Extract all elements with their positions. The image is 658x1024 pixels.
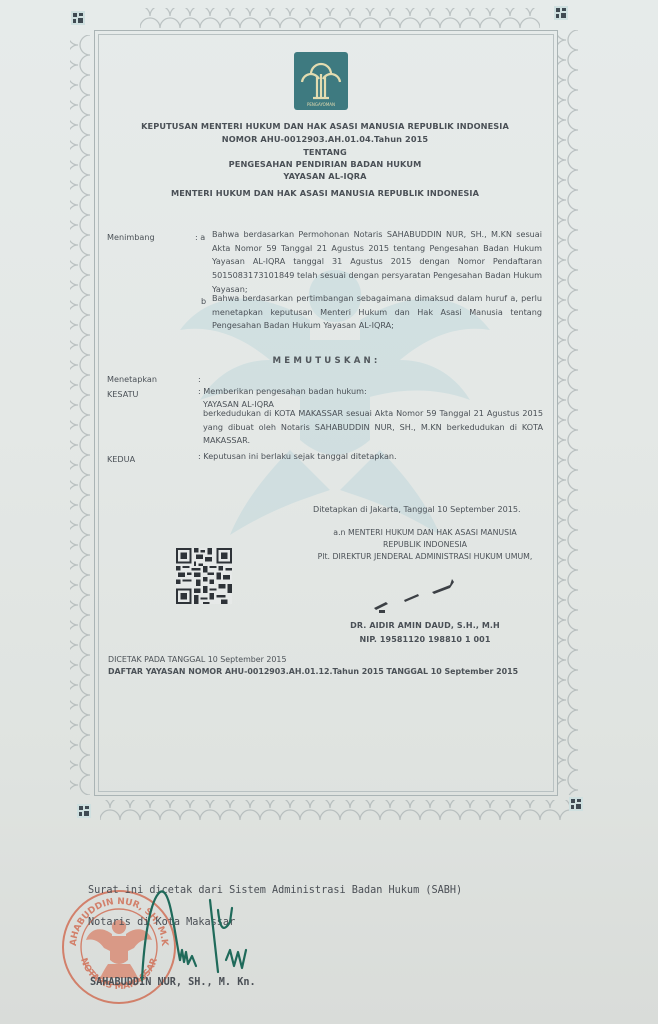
decree-subject: PENGESAHAN PENDIRIAN BADAN HUKUM — [100, 159, 550, 169]
guilloche-border-bottom — [100, 800, 570, 824]
menimbang-b-marker: b — [201, 296, 206, 306]
ditetapkan-text: Ditetapkan di Jakarta, Tanggal 10 Septem… — [313, 503, 553, 517]
signatory-an-line2: REPUBLIK INDONESIA — [300, 539, 550, 551]
corner-ornament-icon — [568, 796, 584, 812]
kedua-label: KEDUA — [107, 454, 135, 464]
corner-ornament-icon — [70, 10, 86, 26]
decree-tentang: TENTANG — [100, 147, 550, 157]
signatory-nip: NIP. 19581120 198810 1 001 — [300, 635, 550, 644]
signatory-title: Plt. DIREKTUR JENDERAL ADMINISTRASI HUKU… — [300, 551, 550, 563]
corner-ornament-icon — [76, 803, 92, 819]
foundation-registry-number: DAFTAR YAYASAN NOMOR AHU-0012903.AH.01.1… — [108, 665, 558, 679]
kesatu-domicile-text: berkedudukan di KOTA MAKASSAR sesuai Akt… — [203, 407, 543, 448]
kemenkumham-logo: PENGAYOMAN — [294, 52, 348, 110]
signatory-name: DR. AIDIR AMIN DAUD, S.H., M.H — [300, 621, 550, 630]
menimbang-b-text: Bahwa berdasarkan pertimbangan sebagaima… — [212, 292, 542, 333]
decree-title: KEPUTUSAN MENTERI HUKUM DAN HAK ASASI MA… — [100, 121, 550, 131]
menimbang-label: Menimbang — [107, 232, 155, 242]
minister-heading: MENTERI HUKUM DAN HAK ASASI MANUSIA REPU… — [100, 188, 550, 198]
menetapkan-label: Menetapkan — [107, 374, 157, 384]
memutuskan-heading: M E M U T U S K A N : — [100, 356, 550, 366]
kesatu-label: KESATU — [107, 389, 139, 399]
guilloche-border-right — [558, 30, 582, 795]
kedua-text: : Keputusan ini berlaku sejak tanggal di… — [198, 450, 538, 464]
svg-text:PENGAYOMAN: PENGAYOMAN — [307, 102, 335, 107]
document-page: PENGAYOMAN KEPUTUSAN MENTERI HUKUM DAN H… — [0, 0, 658, 1024]
foundation-name-heading: YAYASAN AL-IQRA — [100, 171, 550, 181]
pengayoman-tree-icon: PENGAYOMAN — [294, 52, 348, 110]
notary-signature — [140, 880, 290, 990]
menimbang-a-text: Bahwa berdasarkan Permohonan Notaris SAH… — [212, 228, 542, 297]
director-signature — [370, 578, 470, 614]
corner-ornament-icon — [553, 5, 569, 21]
menimbang-a-marker: : a — [195, 232, 205, 242]
qr-code[interactable] — [176, 548, 232, 604]
guilloche-border-left — [70, 35, 94, 795]
menetapkan-colon: : — [198, 374, 201, 384]
signatory-an-line1: a.n MENTERI HUKUM DAN HAK ASASI MANUSIA — [300, 527, 550, 539]
decree-number: NOMOR AHU-0012903.AH.01.04.Tahun 2015 — [100, 134, 550, 144]
kesatu-line1: : Memberikan pengesahan badan hukum: — [198, 385, 538, 399]
guilloche-border-top — [140, 8, 540, 32]
